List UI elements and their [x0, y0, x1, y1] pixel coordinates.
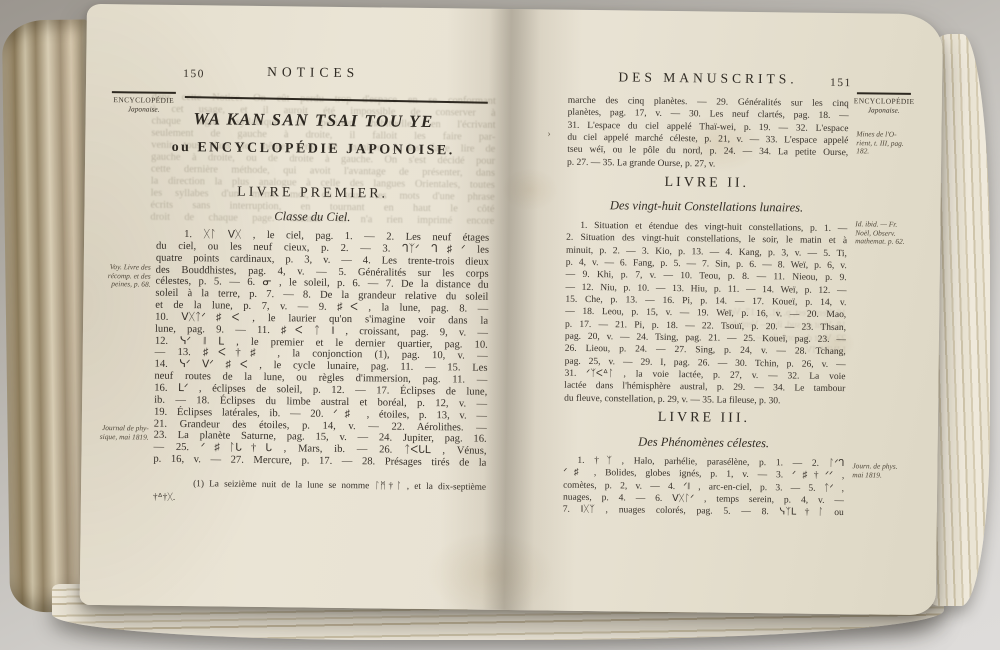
margin-side-title-line: ENCYCLOPÉDIE [854, 96, 914, 106]
contents-line: 7. ‖ᚷᛉ , nuages colorés, pag. 5. — 8. ᓭᛉ… [563, 504, 844, 520]
margin-head-rule [112, 91, 176, 94]
margin-note-line: 182. [856, 147, 912, 156]
margin-side-title-line: ENCYCLOPÉDIE [108, 95, 180, 105]
margin-side-title: ENCYCLOPÉDIE Japonaise. [854, 96, 914, 115]
margin-note-journal-physique: Journal de phy- sique, mai 1819. [93, 424, 149, 442]
table-of-contents-livre1: 1. ᚷᛚ ᐯᚷ , le ciel, pag. 1. — 2. Les neu… [153, 229, 489, 470]
margin-side-title-line: Japonaise. [854, 105, 914, 115]
margin-note-line: peines, p. 68. [94, 280, 150, 289]
footnote: (1) La seizième nuit de la lune se nomme… [153, 478, 486, 509]
work-title: WA KAN SAN TSAI TOU YE [137, 108, 489, 132]
table-of-contents-livre3: 1. †ᛉ , Halo, parhélie, parasélène, p. 1… [563, 455, 845, 520]
margin-note-journal-physique: Journ. de phys. mai 1819. [852, 462, 908, 480]
book-photo: dans cette Notice. On eût perdu trop d'e… [0, 0, 1000, 650]
table-of-contents-livre1-end: marche des cinq planètes. — 29. Générali… [567, 95, 849, 172]
margin-note-line: mai 1819. [852, 471, 908, 480]
margin-note-noel-observ: Id. ibid. — Fr. Noël, Observ. mathemat. … [855, 220, 913, 246]
margin-note-line: sique, mai 1819. [93, 433, 149, 442]
book-three-subheading: Des Phénomènes célestes. [564, 434, 844, 452]
margin-note-mines-orient: Mines de l'O- rient, t. III, pag. 182. [856, 130, 912, 156]
page-number: 151 [830, 77, 852, 89]
margin-head-rule [857, 92, 911, 95]
open-spread: dans cette Notice. On eût perdu trop d'e… [80, 4, 943, 615]
margin-note-line: mathemat. p. 62. [855, 237, 913, 246]
table-of-contents-livre2: 1. Situation et étendue des vingt-huit c… [564, 220, 847, 409]
right-page: 16. Vent d'est, p. 31. — 17. Vent18. Ven… [556, 57, 923, 606]
stray-mark: › [547, 128, 550, 139]
margin-note-recompenses: Voy. Livre des récomp. et des peines, p.… [94, 263, 150, 289]
running-head: DES MANUSCRITS. [568, 69, 848, 88]
book-two-heading: LIVRE II. [567, 174, 847, 193]
book-three-heading: LIVRE III. [564, 409, 844, 428]
left-page: dans cette Notice. On eût perdu trop d'e… [91, 51, 503, 601]
book-two-subheading: Des vingt-huit Constellations lunaires. [566, 198, 846, 216]
